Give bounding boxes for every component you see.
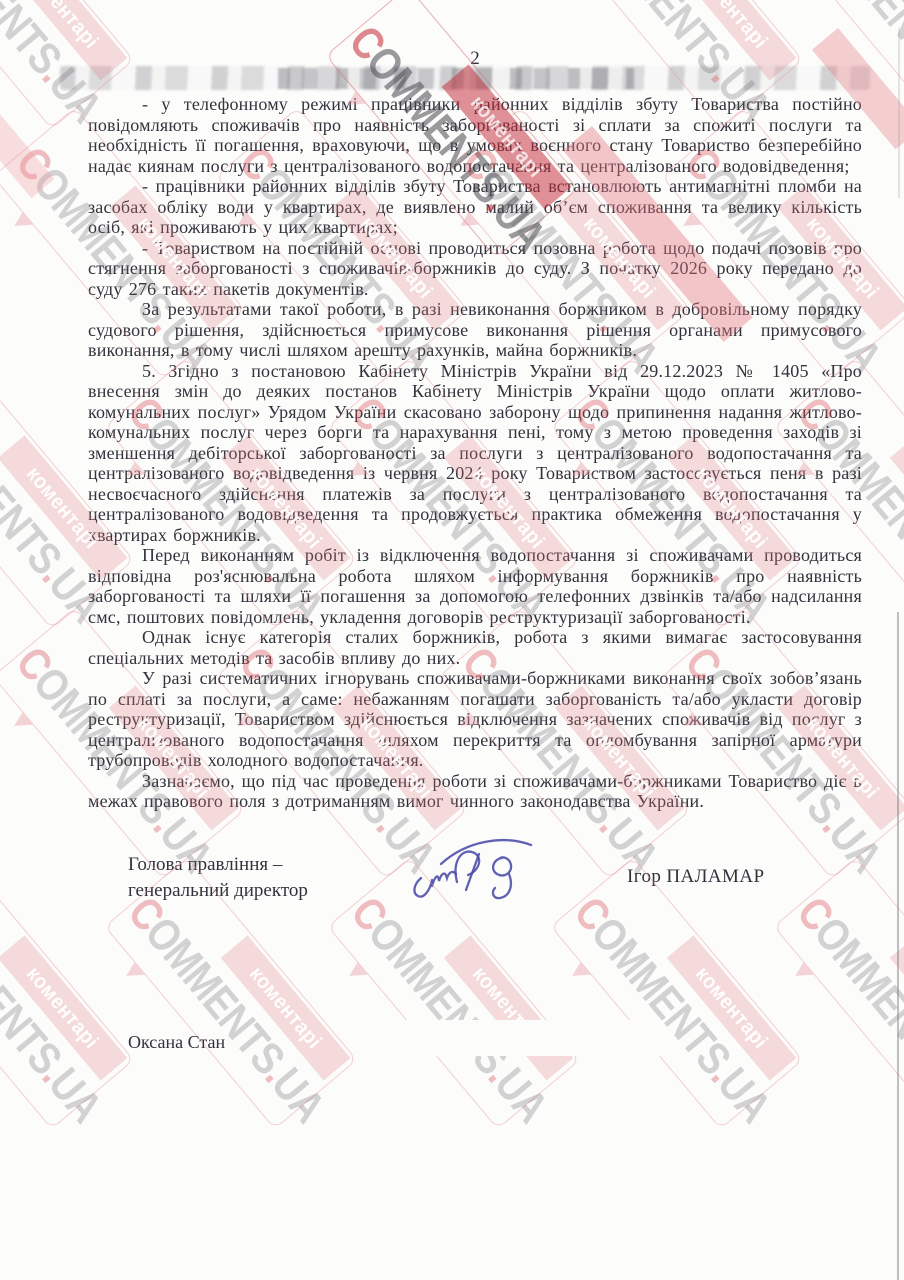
paragraph: За результатами такої роботи, в разі нев… [88, 299, 862, 361]
signature-ink [405, 832, 540, 904]
watermark-brand: COMMENTS.UA [567, 889, 779, 1130]
paragraph: У разі систематичних ігнорувань споживач… [88, 668, 862, 771]
signoff-title: Голова правління – генеральний директор [128, 852, 308, 904]
watermark-brand: COMMENTS.UA [344, 889, 556, 1130]
watermark-band: коментарі [890, 435, 904, 580]
watermark-tile: коментарі COMMENTS.UA [773, 857, 904, 1129]
watermark-band: коментарі [221, 935, 351, 1080]
watermark-bubble-tail [11, 212, 33, 234]
watermark-brand: COMMENTS.UA [0, 889, 110, 1130]
signoff-name: Ігор ПАЛАМАР [627, 866, 764, 888]
document-body: - у телефонному режимі працівники районн… [88, 94, 862, 812]
scan-artifact-streak-dark [278, 68, 634, 89]
signoff-title-line2: генеральний директор [128, 878, 308, 904]
watermark-label: коментарі [691, 962, 773, 1053]
erased-patch [388, 1020, 663, 1056]
watermark-brand: COMMENTS.UA [121, 889, 333, 1130]
paragraph: Перед виконанням робіт із відключення во… [88, 545, 862, 627]
watermark-bubble: коментарі COMMENTS.UA [773, 857, 904, 1129]
watermark-label: коментарі [22, 962, 104, 1053]
watermark-label: коментарі [691, 0, 773, 54]
watermark-tile: коментарі COMMENTS.UA [0, 857, 134, 1129]
watermark-bubble-tail [123, 962, 145, 984]
watermark-brand: COMMENTS.UA [790, 889, 904, 1130]
document-content: 2 - у телефонному режимі працівники райо… [88, 48, 862, 812]
watermark-bubble-tail [346, 962, 368, 984]
paragraph: Однак існує категорія сталих боржників, … [88, 627, 862, 668]
watermark-band: коментарі [667, 935, 797, 1080]
paragraph: - Товариством на постійній основі провод… [88, 238, 862, 300]
watermark-bubble-tail [11, 712, 33, 734]
watermark-band: коментарі [890, 0, 904, 80]
reference-name: Оксана Стан [128, 1032, 225, 1053]
watermark-fragment [0, 64, 54, 198]
watermark-bubble-tail [792, 962, 814, 984]
scan-edge-line-bottom [897, 612, 899, 1280]
paragraph: 5. Згідно з постановою Кабінету Міністрі… [88, 361, 862, 546]
paragraph: - працівники районних відділів збуту Тов… [88, 176, 862, 238]
watermark-bubble: коментарі COMMENTS.UA [0, 857, 134, 1129]
watermark-tile: коментарі COMMENTS.UA [550, 857, 803, 1129]
watermark-band: коментарі [444, 935, 574, 1080]
signoff-title-line1: Голова правління – [128, 852, 308, 878]
scanned-document-page: 2 - у телефонному режимі працівники райо… [0, 0, 904, 1280]
watermark-bubble-tail [569, 962, 591, 984]
watermark-bubble: коментарі COMMENTS.UA [550, 857, 803, 1129]
scan-edge-line-top [898, 28, 900, 198]
watermark-band: коментарі [0, 935, 127, 1080]
watermark-label: коментарі [245, 962, 327, 1053]
paragraph: - у телефонному режимі працівники районн… [88, 94, 862, 176]
paragraph: Зазначаємо, що під час проведення роботи… [88, 771, 862, 812]
watermark-label: коментарі [22, 0, 104, 54]
